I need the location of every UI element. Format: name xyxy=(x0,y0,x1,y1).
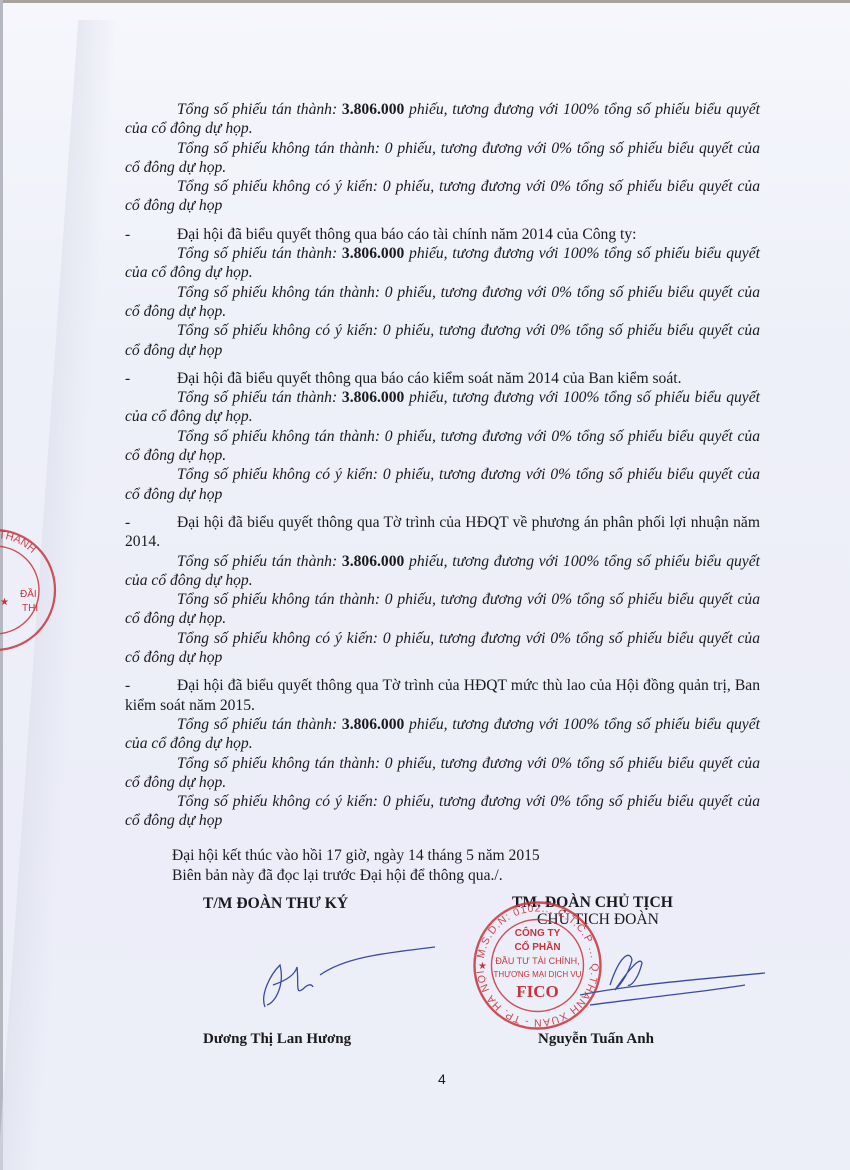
seal-line1: CÔNG TY xyxy=(515,926,561,939)
bullet-dash: - xyxy=(125,369,177,388)
approve-votes: Tổng số phiếu tán thành: 3.806.000 phiếu… xyxy=(125,100,760,139)
vote-section: -Đại hội đã biểu quyết thông qua Tờ trìn… xyxy=(125,513,760,667)
resolution-text: Đại hội đã biểu quyết thông qua báo cáo … xyxy=(177,369,760,388)
vote-section: -Đại hội đã biểu quyết thông qua Tờ trìn… xyxy=(125,676,760,830)
partial-company-seal: M.S.D.N ... Q.THANH ĐẦI THI ★ xyxy=(0,525,60,655)
secretary-name: Dương Thị Lan Hương xyxy=(203,1031,351,1048)
chairman-name: Nguyễn Tuấn Anh xyxy=(538,1031,654,1048)
resolution-item: -Đại hội đã biểu quyết thông qua báo cáo… xyxy=(125,369,760,388)
approve-label: Tổng số phiếu tán thành: xyxy=(177,553,342,570)
resolution-text: Đại hội đã biểu quyết thông qua Tờ trình… xyxy=(125,514,760,550)
star-icon: ★ xyxy=(478,961,487,972)
reject-votes: Tổng số phiếu không tán thành: 0 phiếu, … xyxy=(125,590,760,629)
approve-votes: Tổng số phiếu tán thành: 3.806.000 phiếu… xyxy=(125,388,760,427)
bullet-dash: - xyxy=(125,225,177,244)
resolution-text: Đại hội đã biểu quyết thông qua Tờ trình… xyxy=(125,677,760,713)
partial-seal-line2: THI xyxy=(22,603,38,614)
approve-label: Tổng số phiếu tán thành: xyxy=(177,101,342,118)
secretary-signature xyxy=(225,945,435,1015)
page-number: 4 xyxy=(438,1071,446,1087)
approve-votes: Tổng số phiếu tán thành: 3.806.000 phiếu… xyxy=(125,715,760,754)
partial-seal-line1: ĐẦI xyxy=(20,587,37,600)
abstain-votes: Tổng số phiếu không có ý kiến: 0 phiếu, … xyxy=(125,321,760,360)
approve-count: 3.806.000 xyxy=(342,101,404,118)
resolution-item: -Đại hội đã biểu quyết thông qua báo cáo… xyxy=(125,225,760,244)
approve-votes: Tổng số phiếu tán thành: 3.806.000 phiếu… xyxy=(125,552,760,591)
secretary-title: T/M ĐOÀN THƯ KÝ xyxy=(203,895,348,913)
approve-count: 3.806.000 xyxy=(342,716,404,733)
seal-line4: THƯƠNG MẠI DỊCH VỤ xyxy=(494,970,582,979)
approve-count: 3.806.000 xyxy=(342,389,404,406)
bullet-dash: - xyxy=(125,676,177,695)
closing-statement: Đại hội kết thúc vào hồi 17 giờ, ngày 14… xyxy=(172,846,540,885)
abstain-votes: Tổng số phiếu không có ý kiến: 0 phiếu, … xyxy=(125,465,760,504)
vote-section: -Đại hội đã biểu quyết thông qua báo cáo… xyxy=(125,225,760,360)
star-icon: ★ xyxy=(0,597,9,608)
chairman-signature xyxy=(570,945,770,1015)
reject-votes: Tổng số phiếu không tán thành: 0 phiếu, … xyxy=(125,754,760,793)
resolution-item: -Đại hội đã biểu quyết thông qua Tờ trìn… xyxy=(125,513,760,552)
scanned-page: M.S.D.N ... Q.THANH ĐẦI THI ★ Tổng số ph… xyxy=(0,0,850,1170)
abstain-votes: Tổng số phiếu không có ý kiến: 0 phiếu, … xyxy=(125,629,760,668)
resolution-text: Đại hội đã biểu quyết thông qua báo cáo … xyxy=(177,225,760,244)
seal-line3: ĐẦU TƯ TÀI CHÍNH, xyxy=(495,956,579,966)
approve-count: 3.806.000 xyxy=(342,553,404,570)
bullet-dash: - xyxy=(125,513,177,532)
page-edge-top xyxy=(0,0,850,3)
closing-approval-line: Biên bản này đã đọc lại trước Đại hội để… xyxy=(172,866,540,886)
approve-label: Tổng số phiếu tán thành: xyxy=(177,716,342,733)
abstain-votes: Tổng số phiếu không có ý kiến: 0 phiếu, … xyxy=(125,792,760,831)
vote-section: Tổng số phiếu tán thành: 3.806.000 phiếu… xyxy=(125,100,760,216)
approve-votes: Tổng số phiếu tán thành: 3.806.000 phiếu… xyxy=(125,244,760,283)
reject-votes: Tổng số phiếu không tán thành: 0 phiếu, … xyxy=(125,139,760,178)
seal-brand: FICO xyxy=(516,982,559,1001)
seal-line2: CỔ PHẦN xyxy=(514,940,560,953)
approve-label: Tổng số phiếu tán thành: xyxy=(177,389,342,406)
approve-count: 3.806.000 xyxy=(342,245,404,262)
resolution-item: -Đại hội đã biểu quyết thông qua Tờ trìn… xyxy=(125,676,760,715)
closing-time-line: Đại hội kết thúc vào hồi 17 giờ, ngày 14… xyxy=(172,846,540,866)
abstain-votes: Tổng số phiếu không có ý kiến: 0 phiếu, … xyxy=(125,177,760,216)
document-body: Tổng số phiếu tán thành: 3.806.000 phiếu… xyxy=(125,100,760,831)
reject-votes: Tổng số phiếu không tán thành: 0 phiếu, … xyxy=(125,283,760,322)
vote-section: -Đại hội đã biểu quyết thông qua báo cáo… xyxy=(125,369,760,504)
reject-votes: Tổng số phiếu không tán thành: 0 phiếu, … xyxy=(125,427,760,466)
approve-label: Tổng số phiếu tán thành: xyxy=(177,245,342,262)
